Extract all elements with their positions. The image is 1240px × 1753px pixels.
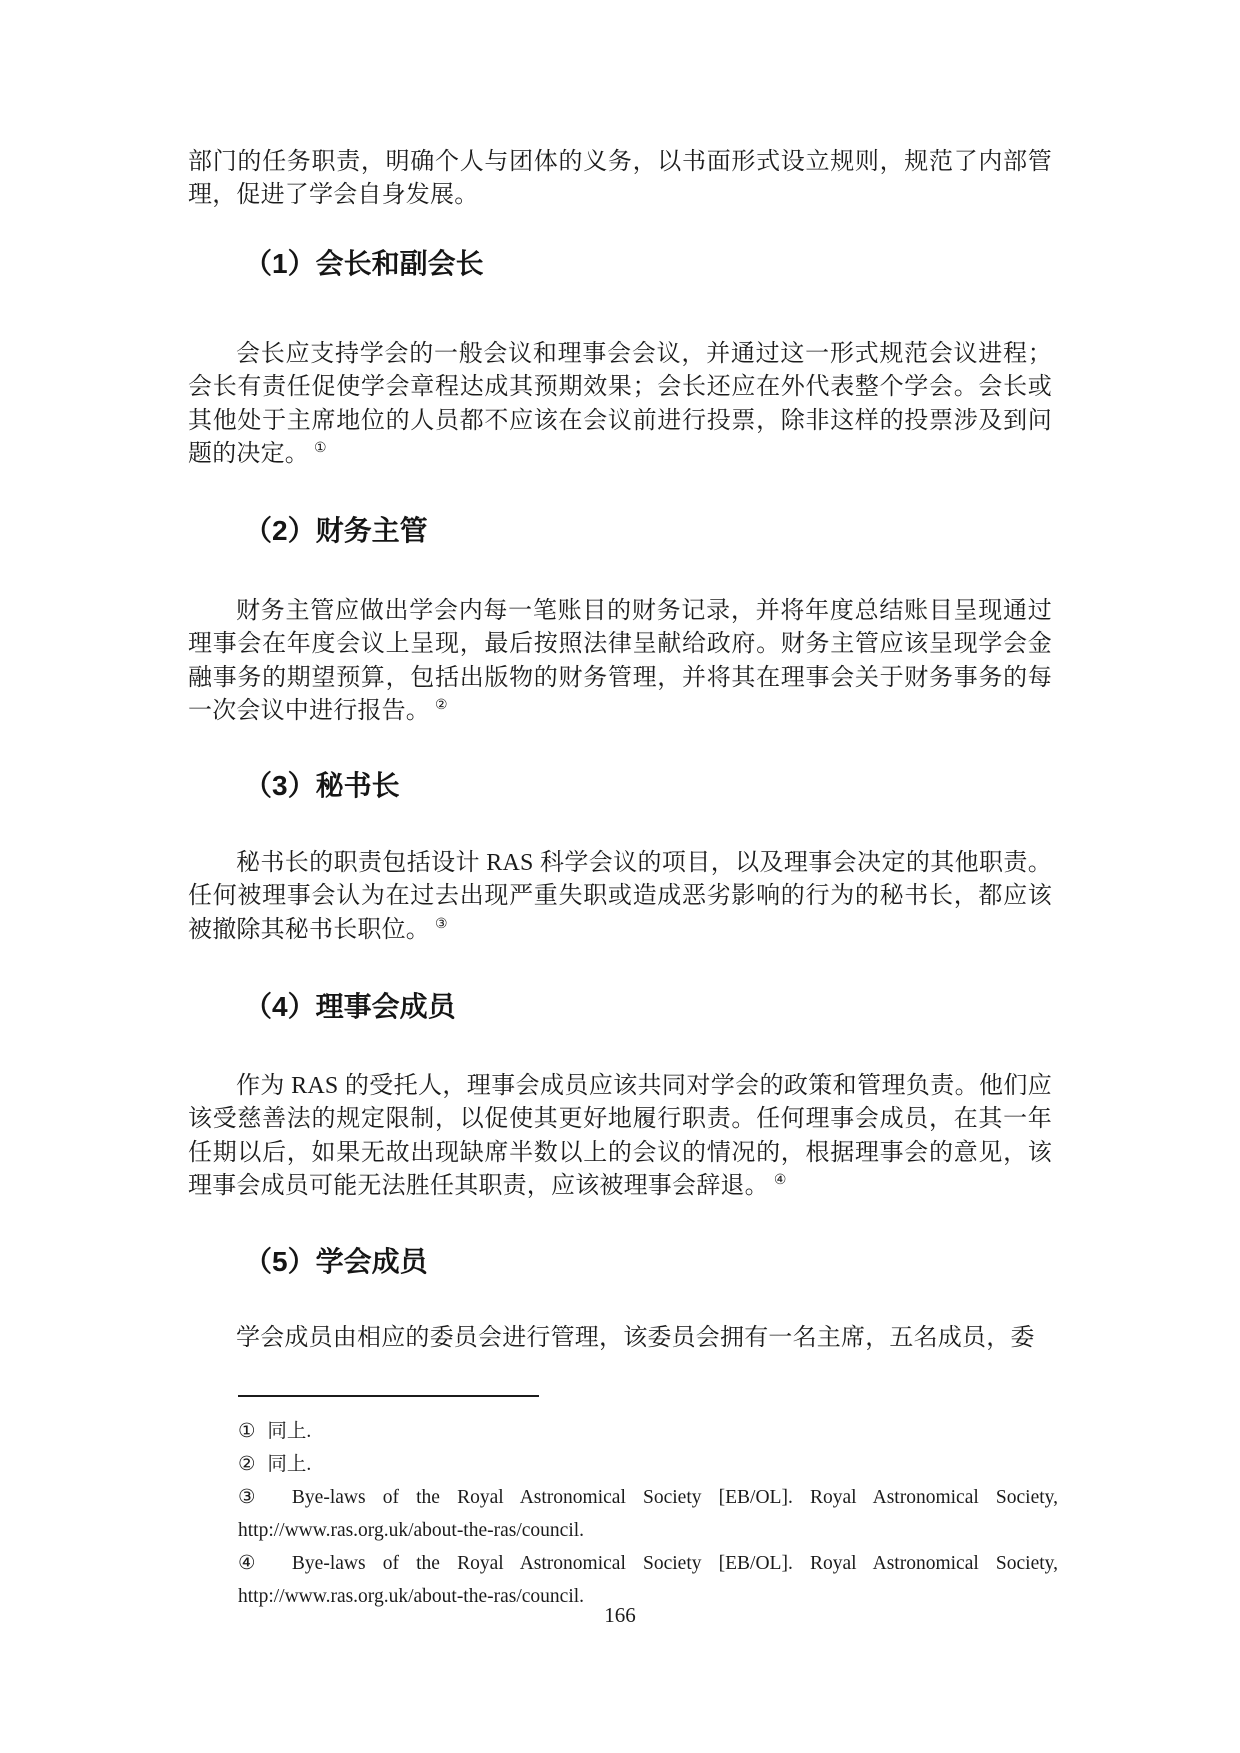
section-paragraph-block-4: 作为 RAS 的受托人，理事会成员应该共同对学会的政策和管理负责。他们应该受慈善…: [188, 1070, 1052, 1204]
footnote-marker-2: ②: [238, 1454, 255, 1475]
paragraph-text: 财务主管应做出学会内每一笔账目的财务记录，并将年度总结账目呈现通过理事会在年度会…: [188, 598, 1052, 724]
footnote-reference-3: ③: [435, 917, 448, 932]
paragraph-text: 秘书长的职责包括设计 RAS 科学会议的项目，以及理事会决定的其他职责。任何被理…: [188, 850, 1052, 943]
section-paragraph-3: 秘书长的职责包括设计 RAS 科学会议的项目，以及理事会决定的其他职责。任何被理…: [188, 847, 1052, 947]
footnote-text-2: 同上.: [267, 1454, 311, 1475]
section-paragraph-2: 财务主管应做出学会内每一笔账目的财务记录，并将年度总结账目呈现通过理事会在年度会…: [188, 595, 1052, 729]
section-heading-3: （3）秘书长: [188, 768, 1108, 804]
footnote-reference-1: ①: [314, 441, 327, 456]
section-heading-1: （1）会长和副会长: [188, 246, 1108, 282]
page-number: 166: [0, 1602, 1240, 1628]
footnote-marker-4: ④: [238, 1553, 268, 1574]
footnote-marker-1: ①: [238, 1421, 255, 1442]
footnote-list: ① 同上. ② 同上. ③ Bye-laws of the Royal Astr…: [238, 1415, 1058, 1613]
paragraph-text: 学会成员由相应的委员会进行管理，该委员会拥有一名主席，五名成员，委: [236, 1325, 1035, 1351]
section-paragraph-block-1: 会长应支持学会的一般会议和理事会会议，并通过这一形式规范会议进程；会长有责任促使…: [188, 338, 1052, 472]
section-heading-2: （2）财务主管: [188, 513, 1108, 549]
section-paragraph-5: 学会成员由相应的委员会进行管理，该委员会拥有一名主席，五名成员，委: [188, 1322, 1052, 1355]
footnote-item-3: ③ Bye-laws of the Royal Astronomical Soc…: [238, 1481, 1058, 1547]
footnote-reference-4: ④: [774, 1173, 787, 1188]
footnote-item-2: ② 同上.: [238, 1448, 1058, 1481]
section-paragraph-block-3: 秘书长的职责包括设计 RAS 科学会议的项目，以及理事会决定的其他职责。任何被理…: [188, 847, 1052, 947]
section-paragraph-1: 会长应支持学会的一般会议和理事会会议，并通过这一形式规范会议进程；会长有责任促使…: [188, 338, 1052, 472]
section-paragraph-block-5: 学会成员由相应的委员会进行管理，该委员会拥有一名主席，五名成员，委: [188, 1322, 1052, 1355]
intro-paragraph: 部门的任务职责，明确个人与团体的义务，以书面形式设立规则，规范了内部管理，促进了…: [188, 146, 1052, 213]
section-paragraph-block-2: 财务主管应做出学会内每一笔账目的财务记录，并将年度总结账目呈现通过理事会在年度会…: [188, 595, 1052, 729]
footnote-item-1: ① 同上.: [238, 1415, 1058, 1448]
section-heading-4: （4）理事会成员: [188, 989, 1108, 1025]
document-page: 部门的任务职责，明确个人与团体的义务，以书面形式设立规则，规范了内部管理，促进了…: [0, 0, 1240, 1753]
footnote-text-3: Bye-laws of the Royal Astronomical Socie…: [238, 1487, 1058, 1541]
section-heading-5: （5）学会成员: [188, 1244, 1108, 1280]
footnote-reference-2: ②: [435, 698, 448, 713]
intro-paragraph-block: 部门的任务职责，明确个人与团体的义务，以书面形式设立规则，规范了内部管理，促进了…: [188, 146, 1052, 213]
paragraph-text: 部门的任务职责，明确个人与团体的义务，以书面形式设立规则，规范了内部管理，促进了…: [188, 149, 1052, 208]
section-paragraph-4: 作为 RAS 的受托人，理事会成员应该共同对学会的政策和管理负责。他们应该受慈善…: [188, 1070, 1052, 1204]
footnote-marker-3: ③: [238, 1487, 268, 1508]
paragraph-text: 作为 RAS 的受托人，理事会成员应该共同对学会的政策和管理负责。他们应该受慈善…: [188, 1073, 1052, 1199]
footnote-separator-rule: [238, 1395, 539, 1397]
footnote-text-4: Bye-laws of the Royal Astronomical Socie…: [238, 1553, 1058, 1607]
footnote-text-1: 同上.: [267, 1421, 311, 1442]
